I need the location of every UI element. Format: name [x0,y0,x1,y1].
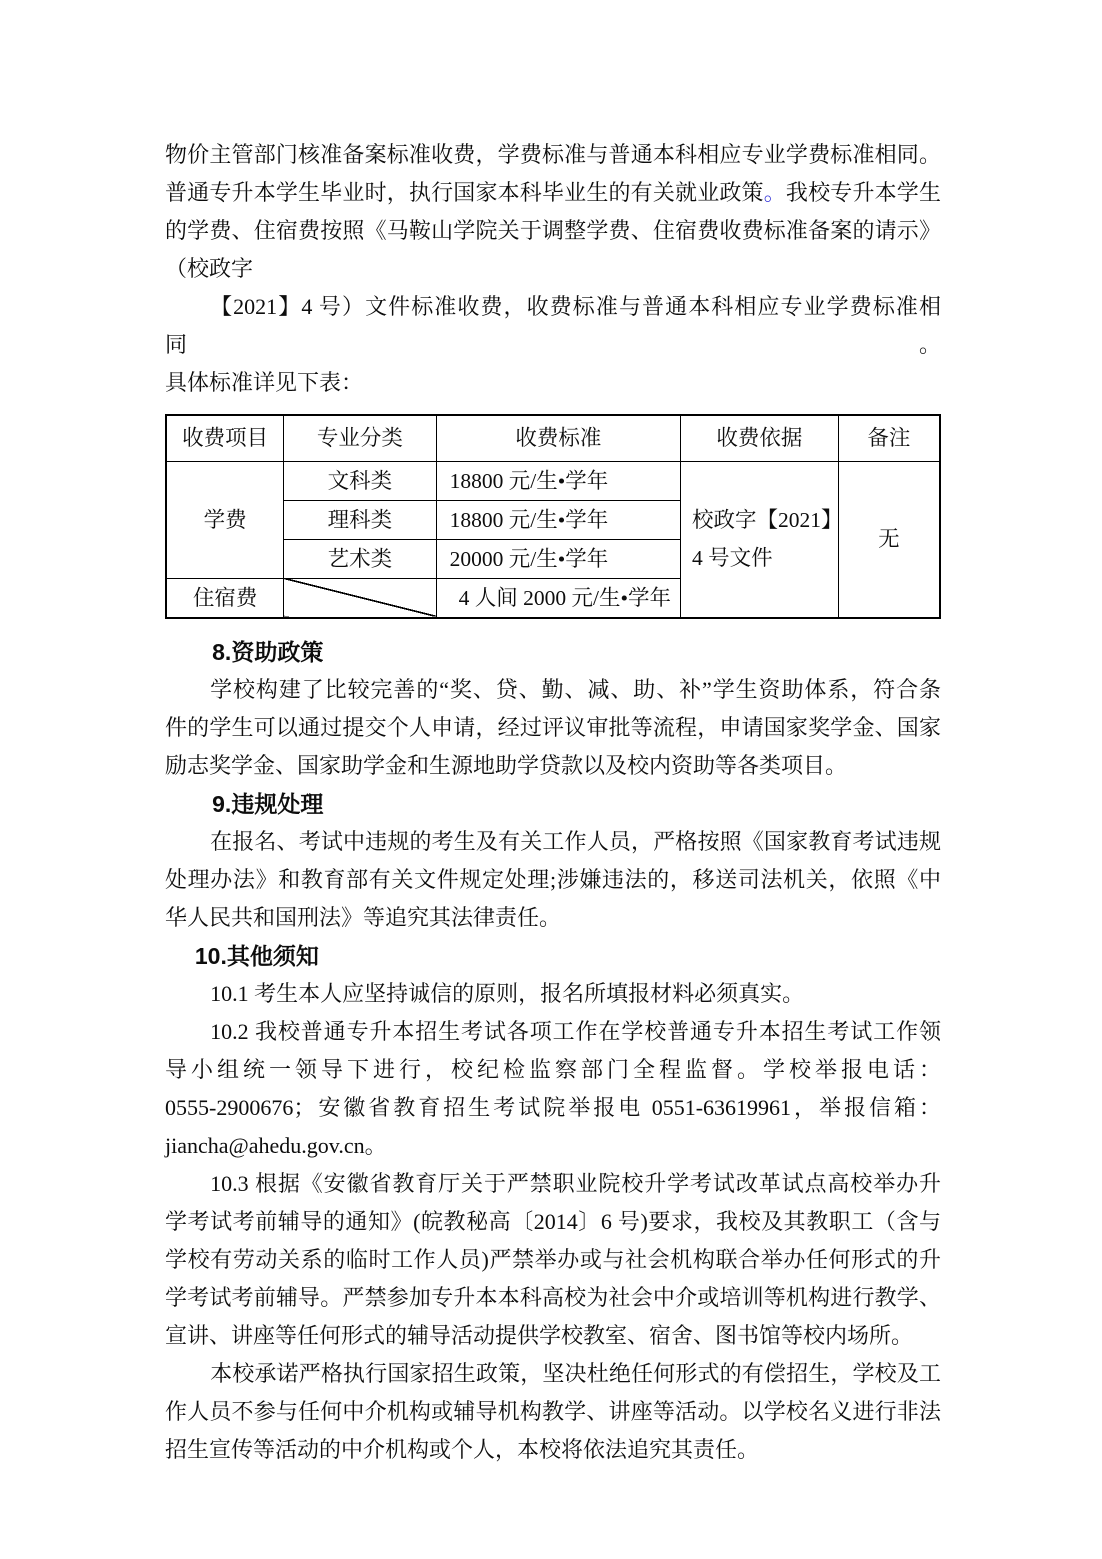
text-line: 学校构建了比较完善的“奖、贷、勤、减、助、补”学生资助体系，符合条 [165,671,941,709]
cell-tuition-label: 学费 [166,461,284,578]
cell-standard-science: 18800 元/生•学年 [436,500,680,539]
text-line: 励志奖学金、国家助学金和生源地助学贷款以及校内资助等各类项目。 [165,747,941,785]
text-line: 处理办法》和教育部有关文件规定处理;涉嫌违法的，移送司法机关，依照《中 [165,861,941,899]
text-line: 10.2 我校普通专升本招生考试各项工作在学校普通专升本招生考试工作领 [165,1013,941,1051]
text-line: 宣讲、讲座等任何形式的辅导活动提供学校教室、宿舍、图书馆等校内场所。 [165,1317,941,1355]
text-segment: 普通专升本学生毕业时，执行国家本科毕业生的有关就业政策 [165,180,764,205]
text-line: 华人民共和国刑法》等追究其法律责任。 [165,899,941,937]
cell-category-liberal-arts: 文科类 [284,461,437,500]
cell-standard-accommodation: 4 人间 2000 元/生•学年 [436,578,680,618]
text-line: 10.3 根据《安徽省教育厅关于严禁职业院校升学考试改革试点高校举办升 [165,1165,941,1203]
text-line: 的学费、住宿费按照《马鞍山学院关于调整学费、住宿费收费标准备案的请示》 [165,212,941,250]
cell-fee-basis: 校政字【2021】 4 号文件 [680,461,838,618]
fee-basis-line2: 4 号文件 [692,539,834,577]
heading-line: 10.其他须知 [165,937,941,975]
document-page: 物价主管部门核准备案标准收费，学费标准与普通本科相应专业学费标准相同。普通专升本… [165,136,941,1469]
header-fee-basis: 收费依据 [680,415,838,461]
paragraph: 本校承诺严格执行国家招生政策，坚决杜绝任何形式的有偿招生，学校及工作人员不参与任… [165,1355,941,1469]
paragraph: 物价主管部门核准备案标准收费，学费标准与普通本科相应专业学费标准相同。普通专升本… [165,136,941,288]
section-heading: 8.资助政策 [165,633,941,671]
cell-standard-liberal-arts: 18800 元/生•学年 [436,461,680,500]
paragraph: 【2021】4 号）文件标准收费，收费标准与普通本科相应专业学费标准相同。具体标… [165,288,941,402]
text-line: 导小组统一领导下进行，校纪检监察部门全程监督。学校举报电话： [165,1051,941,1089]
text-line: （校政字 [165,250,941,288]
cell-remark: 无 [838,461,940,618]
text-line: 学考试考前辅导。严禁参加专升本本科高校为社会中介或培训等机构进行教学、 [165,1279,941,1317]
text-line: 招生宣传等活动的中介机构或个人，本校将依法追究其责任。 [165,1431,941,1469]
text-line: 作人员不参与任何中介机构或辅导机构教学、讲座等活动。以学校名义进行非法 [165,1393,941,1431]
text-segment: 我校专升本学生 [786,180,941,205]
heading-line: 8.资助政策 [165,633,941,671]
cell-standard-art: 20000 元/生•学年 [436,539,680,578]
text-line: jiancha@ahedu.gov.cn。 [165,1127,941,1165]
text-line: 0555-2900676；安徽省教育招生考试院举报电 0551-63619961… [165,1089,941,1127]
text-block-before-table: 物价主管部门核准备案标准收费，学费标准与普通本科相应专业学费标准相同。普通专升本… [165,136,941,402]
text-line: 学考试考前辅导的通知》(皖教秘高〔2014〕6 号)要求，我校及其教职工（含与 [165,1203,941,1241]
heading-line: 9.违规处理 [165,785,941,823]
cell-category-science: 理科类 [284,500,437,539]
text-line: 学校有劳动关系的临时工作人员)严禁举办或与社会机构联合举办任何形式的升 [165,1241,941,1279]
text-line: 在报名、考试中违规的考生及有关工作人员，严格按照《国家教育考试违规 [165,823,941,861]
paragraph: 10.3 根据《安徽省教育厅关于严禁职业院校升学考试改革试点高校举办升学考试考前… [165,1165,941,1355]
header-fee-item: 收费项目 [166,415,284,461]
text-line: 物价主管部门核准备案标准收费，学费标准与普通本科相应专业学费标准相同。 [165,136,941,174]
diagonal-slash-cell [284,578,437,618]
fee-table: 收费项目 专业分类 收费标准 收费依据 备注 学费 文科类 18800 元/生•… [165,414,941,619]
cell-category-art: 艺术类 [284,539,437,578]
paragraph: 10.1 考生本人应坚持诚信的原则，报名所填报材料必须真实。 [165,975,941,1013]
paragraph: 10.2 我校普通专升本招生考试各项工作在学校普通专升本招生考试工作领导小组统一… [165,1013,941,1165]
text-line: 【2021】4 号）文件标准收费，收费标准与普通本科相应专业学费标准相同。 [165,288,941,364]
text-line: 本校承诺严格执行国家招生政策，坚决杜绝任何形式的有偿招生，学校及工 [165,1355,941,1393]
table-row-liberal-arts: 学费 文科类 18800 元/生•学年 校政字【2021】 4 号文件 无 [166,461,940,500]
header-major-category: 专业分类 [284,415,437,461]
cell-accommodation-label: 住宿费 [166,578,284,618]
fee-table-header-row: 收费项目 专业分类 收费标准 收费依据 备注 [166,415,940,461]
section-heading: 10.其他须知 [165,937,941,975]
blue-punctuation: 。 [764,180,786,205]
text-line: 具体标准详见下表： [165,364,941,402]
text-line: 件的学生可以通过提交个人申请，经过评议审批等流程，申请国家奖学金、国家 [165,709,941,747]
header-fee-standard: 收费标准 [436,415,680,461]
text-line: 10.1 考生本人应坚持诚信的原则，报名所填报材料必须真实。 [165,975,941,1013]
paragraph: 在报名、考试中违规的考生及有关工作人员，严格按照《国家教育考试违规处理办法》和教… [165,823,941,937]
text-block-after-table: 8.资助政策学校构建了比较完善的“奖、贷、勤、减、助、补”学生资助体系，符合条件… [165,633,941,1469]
section-heading: 9.违规处理 [165,785,941,823]
text-line: 普通专升本学生毕业时，执行国家本科毕业生的有关就业政策。我校专升本学生 [165,174,941,212]
header-remark: 备注 [838,415,940,461]
fee-basis-line1: 校政字【2021】 [692,501,834,539]
paragraph: 学校构建了比较完善的“奖、贷、勤、减、助、补”学生资助体系，符合条件的学生可以通… [165,671,941,785]
